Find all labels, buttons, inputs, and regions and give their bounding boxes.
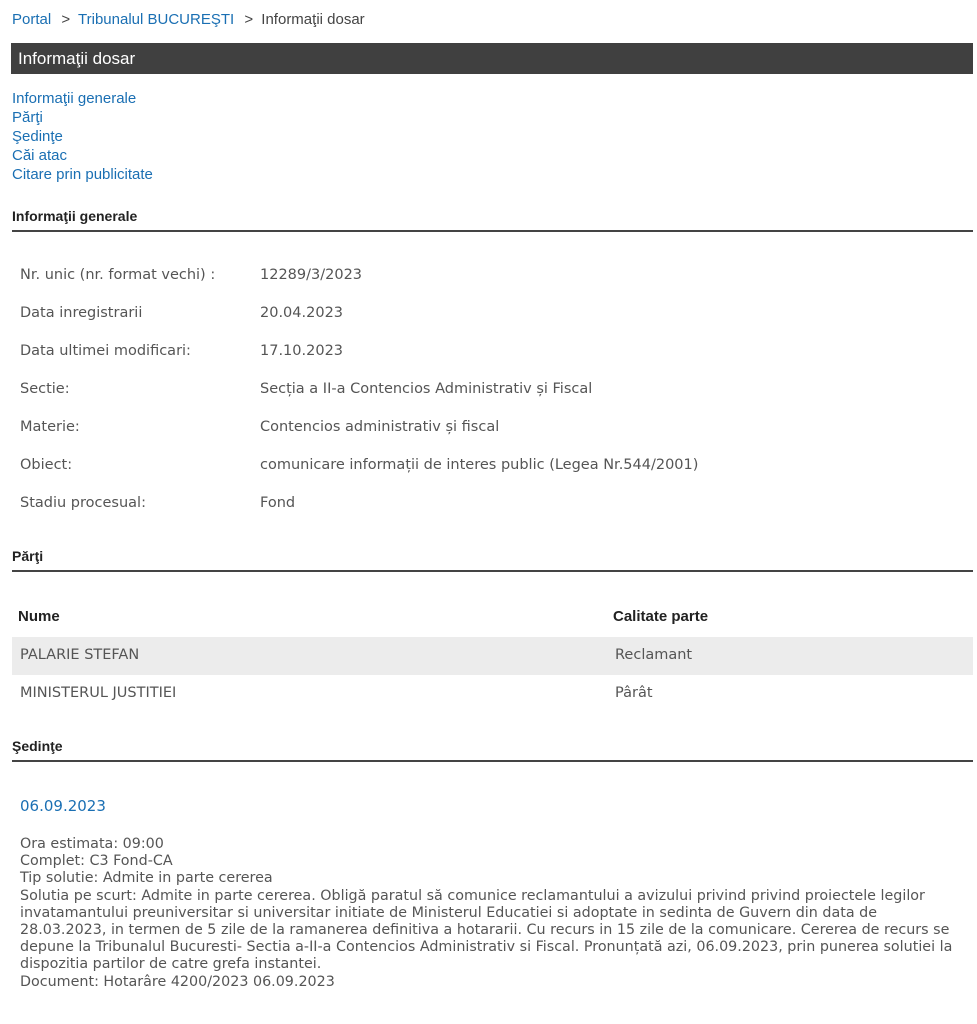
breadcrumb-separator: > (61, 11, 70, 28)
page-title: Informaţii dosar (18, 49, 135, 68)
section-heading-text: Părţi (12, 548, 43, 564)
info-value: 17.10.2023 (260, 343, 343, 359)
info-label: Sectie: (20, 381, 70, 397)
info-value: 12289/3/2023 (260, 267, 362, 283)
section-heading-parti: Părţi (12, 548, 973, 572)
nav-link-informatii-generale[interactable]: Informaţii generale (12, 89, 153, 108)
breadcrumb-current: Informaţii dosar (261, 11, 364, 28)
info-value: comunicare informații de interes public … (260, 457, 698, 473)
info-value: 20.04.2023 (260, 305, 343, 321)
info-label: Obiect: (20, 457, 72, 473)
breadcrumb-separator: > (244, 11, 253, 28)
sedinta-document: Document: Hotarâre 4200/2023 06.09.2023 (20, 974, 965, 991)
nav-link-citare-prin-publicitate[interactable]: Citare prin publicitate (12, 165, 153, 184)
table-row: MINISTERUL JUSTITIEI Pârât (12, 675, 973, 713)
info-label: Data ultimei modificari: (20, 343, 191, 359)
sedinta-ora: Ora estimata: 09:00 (20, 836, 965, 853)
table-row: PALARIE STEFAN Reclamant (12, 637, 973, 675)
section-heading-text: Informaţii generale (12, 208, 137, 224)
table-header-row: Nume Calitate parte (12, 598, 973, 636)
sedinta-complet: Complet: C3 Fond-CA (20, 853, 965, 870)
sedinta-tip-solutie: Tip solutie: Admite in parte cererea (20, 870, 965, 887)
info-label: Materie: (20, 419, 80, 435)
party-name: MINISTERUL JUSTITIEI (20, 685, 176, 701)
nav-link-parti[interactable]: Părţi (12, 108, 153, 127)
page-title-bar: Informaţii dosar (11, 43, 973, 74)
info-value: Secția a II-a Contencios Administrativ ș… (260, 381, 592, 397)
section-heading-sedinte: Şedinţe (12, 738, 973, 762)
column-header-nume: Nume (18, 608, 60, 625)
sedinta-details: Ora estimata: 09:00 Complet: C3 Fond-CA … (20, 836, 965, 991)
info-label: Stadiu procesual: (20, 495, 146, 511)
section-nav: Informaţii generale Părţi Şedinţe Căi at… (12, 89, 153, 184)
section-heading-informatii-generale: Informaţii generale (12, 208, 973, 232)
nav-link-cai-atac[interactable]: Căi atac (12, 146, 153, 165)
section-heading-text: Şedinţe (12, 738, 63, 754)
info-label: Nr. unic (nr. format vechi) : (20, 267, 215, 283)
sedinta-solutie: Solutia pe scurt: Admite in parte cerere… (20, 888, 965, 974)
info-value: Contencios administrativ și fiscal (260, 419, 499, 435)
nav-link-sedinte[interactable]: Şedinţe (12, 127, 153, 146)
info-value: Fond (260, 495, 295, 511)
info-label: Data inregistrarii (20, 305, 142, 321)
breadcrumb-tribunal-link[interactable]: Tribunalul BUCUREŞTI (78, 11, 234, 28)
party-name: PALARIE STEFAN (20, 647, 139, 663)
party-role: Pârât (615, 685, 653, 701)
sedinta-date: 06.09.2023 (20, 797, 106, 815)
party-role: Reclamant (615, 647, 692, 663)
column-header-calitate-parte: Calitate parte (613, 608, 708, 625)
breadcrumb: Portal > Tribunalul BUCUREŞTI > Informaţ… (12, 11, 365, 28)
breadcrumb-portal-link[interactable]: Portal (12, 11, 51, 28)
